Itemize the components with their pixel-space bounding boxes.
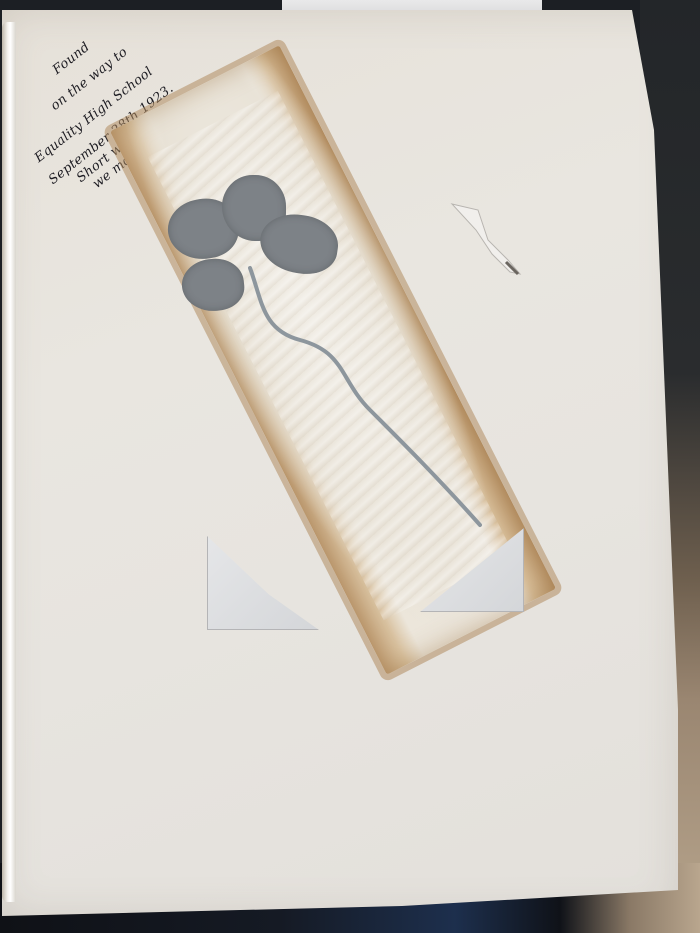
- clover-stem: [0, 0, 700, 933]
- four-leaf-clover-icon: [160, 175, 340, 315]
- page-tear-mark: [448, 200, 523, 278]
- clover-leaf-4: [179, 256, 246, 314]
